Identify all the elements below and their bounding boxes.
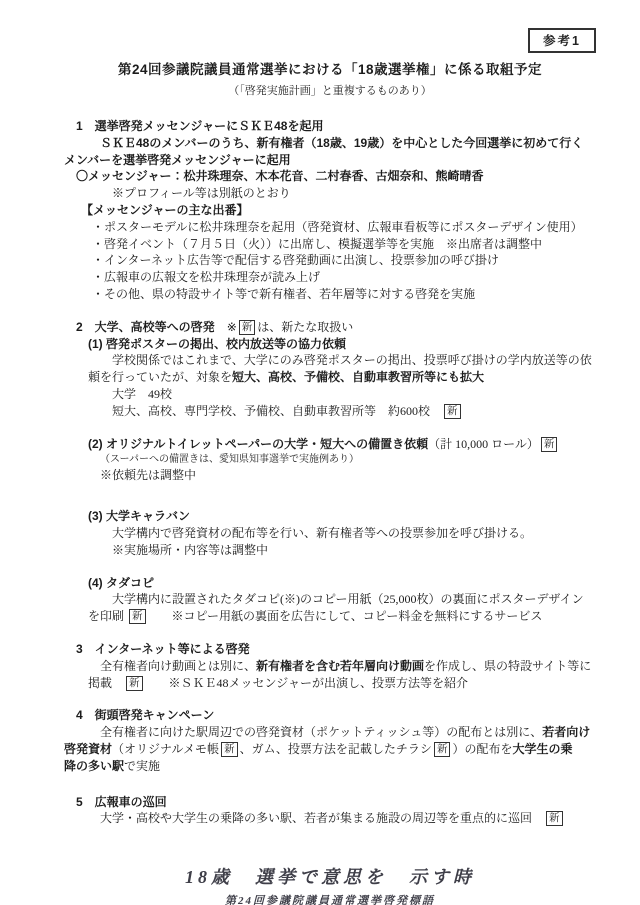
text-segment: を印刷 bbox=[88, 609, 127, 623]
text-segment: 2 大学、高校等への啓発 bbox=[76, 320, 227, 334]
doc-line: 大学構内に設置されたタダコピ(※)のコピー用紙（25,000枚）の裏面にポスター… bbox=[112, 591, 596, 608]
text-segment: 学校関係ではこれまで、大学にのみ啓発ポスターの掲出、投票呼び掛けの学内放送等の依 bbox=[112, 353, 592, 367]
footer: 18歳 選挙で意思を 示す時 第24回参議院議員通常選挙啓発標語 bbox=[64, 863, 596, 905]
text-segment: ・インターネット広告等で配信する啓発動画に出演し、投票参加の呼び掛け bbox=[92, 253, 499, 267]
new-label-box: 新 bbox=[129, 609, 146, 624]
doc-line: 掲載 新 ※ＳＫＥ48メッセンジャーが出演し、投票方法等を紹介 bbox=[88, 675, 596, 692]
text-segment: 全有権者向け動画とは別に、 bbox=[100, 659, 256, 673]
section-4-heading: 4 街頭啓発キャンペーン bbox=[76, 707, 596, 724]
text-segment: （オリジナルメモ帳 bbox=[112, 742, 219, 756]
doc-line: 短大、高校、専門学校、予備校、自動車教習所等 約600校 新 bbox=[112, 403, 596, 420]
bullet-line: ・ポスターモデルに松井珠理奈を起用（啓発資材、広報車看板等にポスターデザイン使用… bbox=[92, 219, 596, 236]
doc-line: 大学構内で啓発資材の配布等を行い、新有権者等への投票参加を呼び掛ける。 bbox=[112, 525, 596, 542]
text-segment: を作成し、県の特設サイト等に bbox=[424, 659, 591, 673]
text-segment: 短大、高校、専門学校、予備校、自動車教習所等 約600校 bbox=[112, 404, 442, 418]
bullet-line: ・その他、県の特設サイト等で新有権者、若年層等に対する啓発を実施 bbox=[92, 286, 596, 303]
new-label-box: 新 bbox=[434, 742, 451, 757]
text-segment: 若者向け bbox=[542, 725, 590, 739]
text-segment: 頼を行っていたが、対象を bbox=[88, 370, 232, 384]
text-segment: （計 10,000 ロール） bbox=[428, 437, 539, 451]
footer-slogan: 18歳 選挙で意思を 示す時 bbox=[64, 863, 596, 889]
text-segment: ※依頼先は調整中 bbox=[100, 468, 196, 482]
text-segment: は、新たな取扱い bbox=[257, 320, 353, 334]
bullet-line: ・広報車の広報文を松井珠理奈が読み上げ bbox=[92, 269, 596, 286]
text-segment: ※ＳＫＥ48メッセンジャーが出演し、投票方法等を紹介 bbox=[145, 676, 468, 690]
text-segment: (2) オリジナルトイレットペーパーの大学・短大への備置き依頼 bbox=[88, 437, 428, 451]
note-line: ※プロフィール等は別紙のとおり bbox=[112, 185, 596, 202]
footer-caption: 第24回参議院議員通常選挙啓発標語 bbox=[64, 892, 596, 905]
new-label-box: 新 bbox=[546, 811, 563, 826]
text-segment: 大学・高校や大学生の乗降の多い駅、若者が集まる施設の周辺等を重点的に巡回 bbox=[100, 811, 544, 825]
text-segment: ※コピー用紙の裏面を広告にして、コピー料金を無料にするサービス bbox=[148, 609, 543, 623]
text-segment: ）の配布を bbox=[452, 742, 512, 756]
text-segment: 大学構内で啓発資材の配布等を行い、新有権者等への投票参加を呼び掛ける。 bbox=[112, 526, 532, 540]
new-label-box: 新 bbox=[444, 404, 461, 419]
doc-line: 全有権者向け動画とは別に、新有権者を含む若年層向け動画を作成し、県の特設サイト等… bbox=[100, 658, 596, 675]
text-segment: （スーパーへの備置きは、愛知県知事選挙で実施例あり） bbox=[100, 454, 359, 465]
sub-item-heading: (3) 大学キャラバン bbox=[88, 508, 596, 525]
text-segment: 大学生の乗 bbox=[512, 742, 572, 756]
text-segment: ・広報車の広報文を松井珠理奈が読み上げ bbox=[92, 270, 320, 284]
text-segment: で実施 bbox=[124, 759, 160, 773]
sub-item-heading: (4) タダコピ bbox=[88, 575, 596, 592]
doc-line: ＳＫＥ48のメンバーのうち、新有権者（18歳、19歳）を中心とした今回選挙に初め… bbox=[100, 135, 596, 152]
section-1-heading: 1 選挙啓発メッセンジャーにＳＫＥ48を起用 bbox=[76, 118, 596, 135]
new-label-box: 新 bbox=[239, 320, 256, 335]
messenger-list-line: 〇メッセンジャー：松井珠理奈、木本花音、二村春香、古畑奈和、熊崎晴香 bbox=[76, 168, 596, 185]
text-segment: (4) タダコピ bbox=[88, 576, 154, 590]
text-segment: 全有権者に向けた駅周辺での啓発資材（ポケットティッシュ等）の配布とは別に、 bbox=[100, 725, 542, 739]
text-segment: 【メッセンジャーの主な出番】 bbox=[81, 203, 248, 217]
note-line: ※依頼先は調整中 bbox=[100, 467, 596, 484]
doc-line: 大学・高校や大学生の乗降の多い駅、若者が集まる施設の周辺等を重点的に巡回 新 bbox=[100, 810, 596, 827]
sub-item-heading: (1) 啓発ポスターの掲出、校内放送等の協力依頼 bbox=[88, 336, 596, 353]
doc-line: 頼を行っていたが、対象を短大、高校、予備校、自動車教習所等にも拡大 bbox=[88, 369, 596, 386]
text-segment: ・その他、県の特設サイト等で新有権者、若年層等に対する啓発を実施 bbox=[92, 287, 475, 301]
text-segment: 、ガム、投票方法を記載したチラシ bbox=[240, 742, 432, 756]
text-segment: 5 広報車の巡回 bbox=[76, 795, 167, 809]
section-5-heading: 5 広報車の巡回 bbox=[76, 794, 596, 811]
text-segment: 4 街頭啓発キャンペーン bbox=[76, 708, 214, 722]
new-label-box: 新 bbox=[126, 676, 143, 691]
doc-line: 大学 49校 bbox=[112, 386, 596, 403]
text-segment: 〇メッセンジャー：松井珠理奈、木本花音、二村春香、古畑奈和、熊崎晴香 bbox=[76, 169, 483, 183]
sub-item-heading: (2) オリジナルトイレットペーパーの大学・短大への備置き依頼（計 10,000… bbox=[88, 436, 596, 453]
text-segment: ※ bbox=[227, 320, 237, 334]
text-segment: ・ポスターモデルに松井珠理奈を起用（啓発資材、広報車看板等にポスターデザイン使用… bbox=[92, 220, 583, 234]
text-segment: 掲載 bbox=[88, 676, 124, 690]
new-label-box: 新 bbox=[221, 742, 238, 757]
text-segment: メンバーを選挙啓発メッセンジャーに起用 bbox=[64, 153, 291, 167]
doc-line: 降の多い駅で実施 bbox=[64, 758, 596, 775]
note-line: （スーパーへの備置きは、愛知県知事選挙で実施例あり） bbox=[100, 452, 596, 467]
new-label-box: 新 bbox=[541, 437, 558, 452]
text-segment: (1) 啓発ポスターの掲出、校内放送等の協力依頼 bbox=[88, 337, 346, 351]
bullet-line: ・インターネット広告等で配信する啓発動画に出演し、投票参加の呼び掛け bbox=[92, 252, 596, 269]
text-segment: 短大、高校、予備校、自動車教習所等にも拡大 bbox=[232, 370, 484, 384]
text-segment: ＳＫＥ48のメンバーのうち、新有権者（18歳、19歳）を中心とした今回選挙に初め… bbox=[100, 136, 583, 150]
note-line: ※実施場所・内容等は調整中 bbox=[112, 542, 596, 559]
text-segment: ※実施場所・内容等は調整中 bbox=[112, 543, 268, 557]
text-segment: 1 選挙啓発メッセンジャーにＳＫＥ48を起用 bbox=[76, 119, 323, 133]
page-subtitle: （「啓発実施計画」と重複するものあり） bbox=[64, 82, 596, 98]
doc-line: 啓発資材（オリジナルメモ帳新、ガム、投票方法を記載したチラシ新）の配布を大学生の… bbox=[64, 741, 596, 758]
doc-line: 学校関係ではこれまで、大学にのみ啓発ポスターの掲出、投票呼び掛けの学内放送等の依 bbox=[112, 352, 596, 369]
page-title: 第24回参議院議員通常選挙における「18歳選挙権」に係る取組予定 bbox=[64, 58, 596, 78]
doc-line: メンバーを選挙啓発メッセンジャーに起用 bbox=[64, 152, 596, 169]
text-segment: 啓発資材 bbox=[64, 742, 112, 756]
section-2-heading: 2 大学、高校等への啓発 ※新は、新たな取扱い bbox=[76, 319, 596, 336]
text-segment: ・啓発イベント（７月５日（火））に出席し、模擬選挙等を実施 ※出席者は調整中 bbox=[92, 237, 542, 251]
text-segment: (3) 大学キャラバン bbox=[88, 509, 190, 523]
doc-line: 全有権者に向けた駅周辺での啓発資材（ポケットティッシュ等）の配布とは別に、若者向… bbox=[100, 724, 596, 741]
text-segment: 3 インターネット等による啓発 bbox=[76, 642, 250, 656]
section-3-heading: 3 インターネット等による啓発 bbox=[76, 641, 596, 658]
text-segment: 新有権者を含む若年層向け動画 bbox=[256, 659, 424, 673]
sub-heading-line: 【メッセンジャーの主な出番】 bbox=[81, 202, 596, 219]
text-segment: 大学 49校 bbox=[112, 387, 172, 401]
text-segment: 降の多い駅 bbox=[64, 759, 124, 773]
document-page: 参考1 第24回参議院議員通常選挙における「18歳選挙権」に係る取組予定 （「啓… bbox=[0, 0, 640, 905]
bullet-line: ・啓発イベント（７月５日（火））に出席し、模擬選挙等を実施 ※出席者は調整中 bbox=[92, 236, 596, 253]
text-segment: ※プロフィール等は別紙のとおり bbox=[112, 186, 291, 200]
reference-badge: 参考1 bbox=[528, 28, 596, 53]
doc-line: を印刷 新 ※コピー用紙の裏面を広告にして、コピー料金を無料にするサービス bbox=[88, 608, 596, 625]
text-segment: 大学構内に設置されたタダコピ(※)のコピー用紙（25,000枚）の裏面にポスター… bbox=[112, 592, 584, 606]
